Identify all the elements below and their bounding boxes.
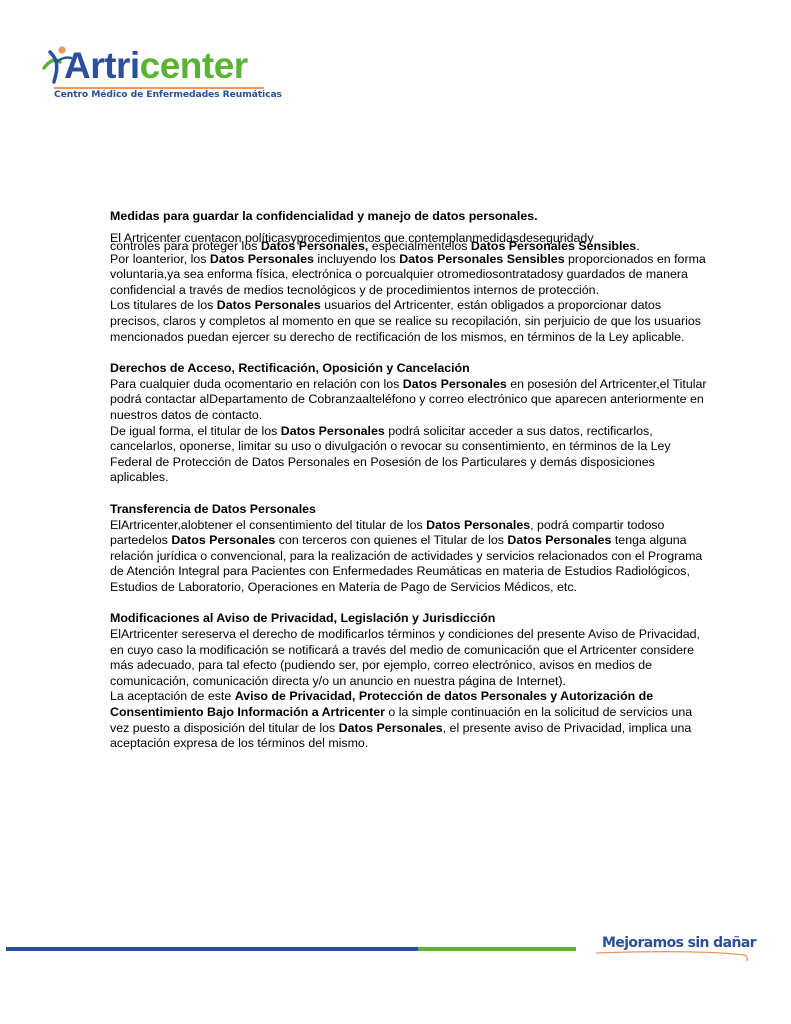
- section-title: Transferencia de Datos Personales: [110, 502, 710, 518]
- paragraph: Por loanterior, los Datos Personales inc…: [110, 252, 710, 299]
- section-title: Derechos de Acceso, Rectificación, Oposi…: [110, 361, 710, 377]
- swoosh-underline-icon: [594, 950, 750, 964]
- brand-wordmark: Artricenter: [64, 44, 248, 88]
- paragraph: ElArtricenter sereserva el derecho de mo…: [110, 627, 710, 689]
- footer-rule-blue: [6, 947, 418, 951]
- paragraph: ElArtricenter,alobtener el consentimient…: [110, 518, 710, 596]
- section-title: Medidas para guardar la confidencialidad…: [110, 209, 710, 225]
- footer-rule-green: [418, 947, 576, 951]
- artricenter-logo: Artricenter Centro Médico de Enfermedade…: [42, 44, 272, 104]
- overlapping-lines: El Artricenter cuentacon políticasyproce…: [110, 234, 710, 252]
- paragraph: De igual forma, el titular de los Datos …: [110, 424, 710, 486]
- paragraph: Para cualquier duda ocomentario en relac…: [110, 377, 710, 424]
- paragraph: Los titulares de los Datos Personales us…: [110, 298, 710, 345]
- privacy-notice-body: Medidas para guardar la confidencialidad…: [110, 209, 710, 752]
- paragraph: La aceptación de este Aviso de Privacida…: [110, 689, 710, 751]
- section-title: Modificaciones al Aviso de Privacidad, L…: [110, 611, 710, 627]
- brand-subtitle: Centro Médico de Enfermedades Reumáticas: [54, 89, 282, 100]
- slogan: Mejoramos sin dañar: [602, 935, 756, 951]
